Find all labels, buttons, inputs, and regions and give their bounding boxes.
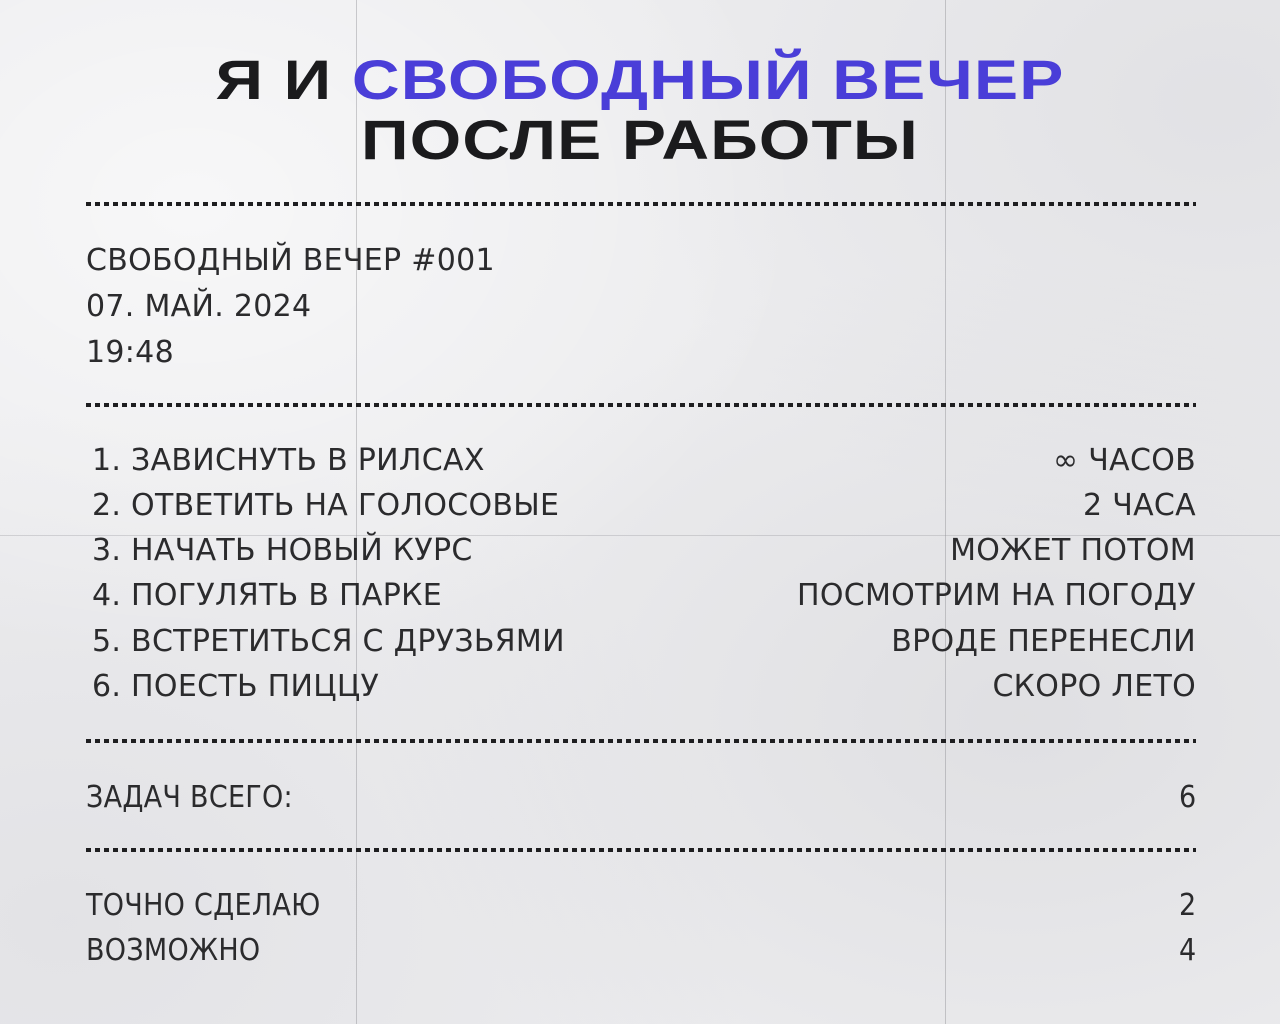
dotted-divider bbox=[86, 403, 1196, 407]
dotted-divider bbox=[86, 848, 1196, 852]
title-highlight: СВОБОДНЫЙ ВЕЧЕР bbox=[352, 48, 1065, 111]
dotted-divider bbox=[86, 739, 1196, 743]
title-prefix: Я И bbox=[215, 48, 332, 111]
breakdown-label: ТОЧНО СДЕЛАЮ bbox=[86, 891, 321, 921]
item-label: 4. ПОГУЛЯТЬ В ПАРКЕ bbox=[92, 581, 442, 611]
page-title-line-1: Я И СВОБОДНЫЙ ВЕЧЕР bbox=[0, 52, 1280, 108]
item-value: 2 ЧАСА bbox=[1083, 491, 1196, 521]
item-label: 6. ПОЕСТЬ ПИЦЦУ bbox=[92, 672, 379, 702]
item-value: ПОСМОТРИМ НА ПОГОДУ bbox=[797, 581, 1196, 611]
item-label: 5. ВСТРЕТИТЬСЯ С ДРУЗЬЯМИ bbox=[92, 627, 565, 657]
item-value: ВРОДЕ ПЕРЕНЕСЛИ bbox=[891, 627, 1196, 657]
item-value: МОЖЕТ ПОТОМ bbox=[950, 536, 1196, 566]
breakdown-value: 2 bbox=[1179, 891, 1196, 921]
item-label: 1. ЗАВИСНУТЬ В РИЛСАХ bbox=[92, 446, 485, 476]
receipt-time: 19:48 bbox=[86, 338, 174, 368]
item-value: СКОРО ЛЕТО bbox=[992, 672, 1196, 702]
item-value: ∞ ЧАСОВ bbox=[1053, 446, 1196, 476]
total-label: ЗАДАЧ ВСЕГО: bbox=[86, 783, 293, 813]
receipt-name: СВОБОДНЫЙ ВЕЧЕР #001 bbox=[86, 246, 495, 276]
item-label: 3. НАЧАТЬ НОВЫЙ КУРС bbox=[92, 536, 473, 566]
item-label: 2. ОТВЕТИТЬ НА ГОЛОСОВЫЕ bbox=[92, 491, 559, 521]
total-value: 6 bbox=[1179, 783, 1196, 813]
breakdown-value: 4 bbox=[1179, 936, 1196, 966]
breakdown-label: ВОЗМОЖНО bbox=[86, 936, 260, 966]
dotted-divider bbox=[86, 202, 1196, 206]
receipt-date: 07. МАЙ. 2024 bbox=[86, 292, 311, 322]
page-title-line-2: ПОСЛЕ РАБОТЫ bbox=[0, 112, 1280, 168]
